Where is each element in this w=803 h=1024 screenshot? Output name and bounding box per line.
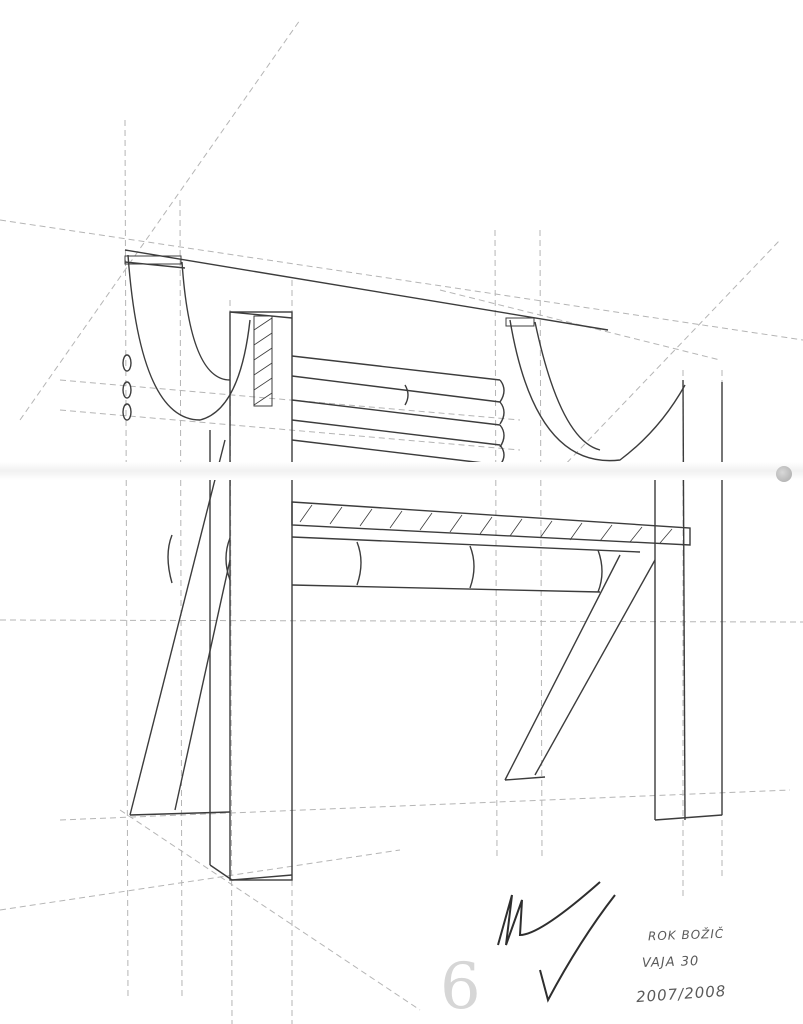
author-name: ROK BOŽIČ bbox=[648, 927, 725, 944]
exercise-label: VAJA 30 bbox=[642, 954, 700, 971]
construction-lines bbox=[0, 20, 803, 1024]
punch-hole-icon bbox=[776, 466, 792, 482]
signature bbox=[498, 882, 615, 1000]
bench-sketch bbox=[0, 0, 803, 1024]
scan-artifact-band bbox=[0, 462, 803, 480]
grade-mark: 6 bbox=[440, 950, 481, 1024]
bench-outline bbox=[123, 250, 722, 880]
